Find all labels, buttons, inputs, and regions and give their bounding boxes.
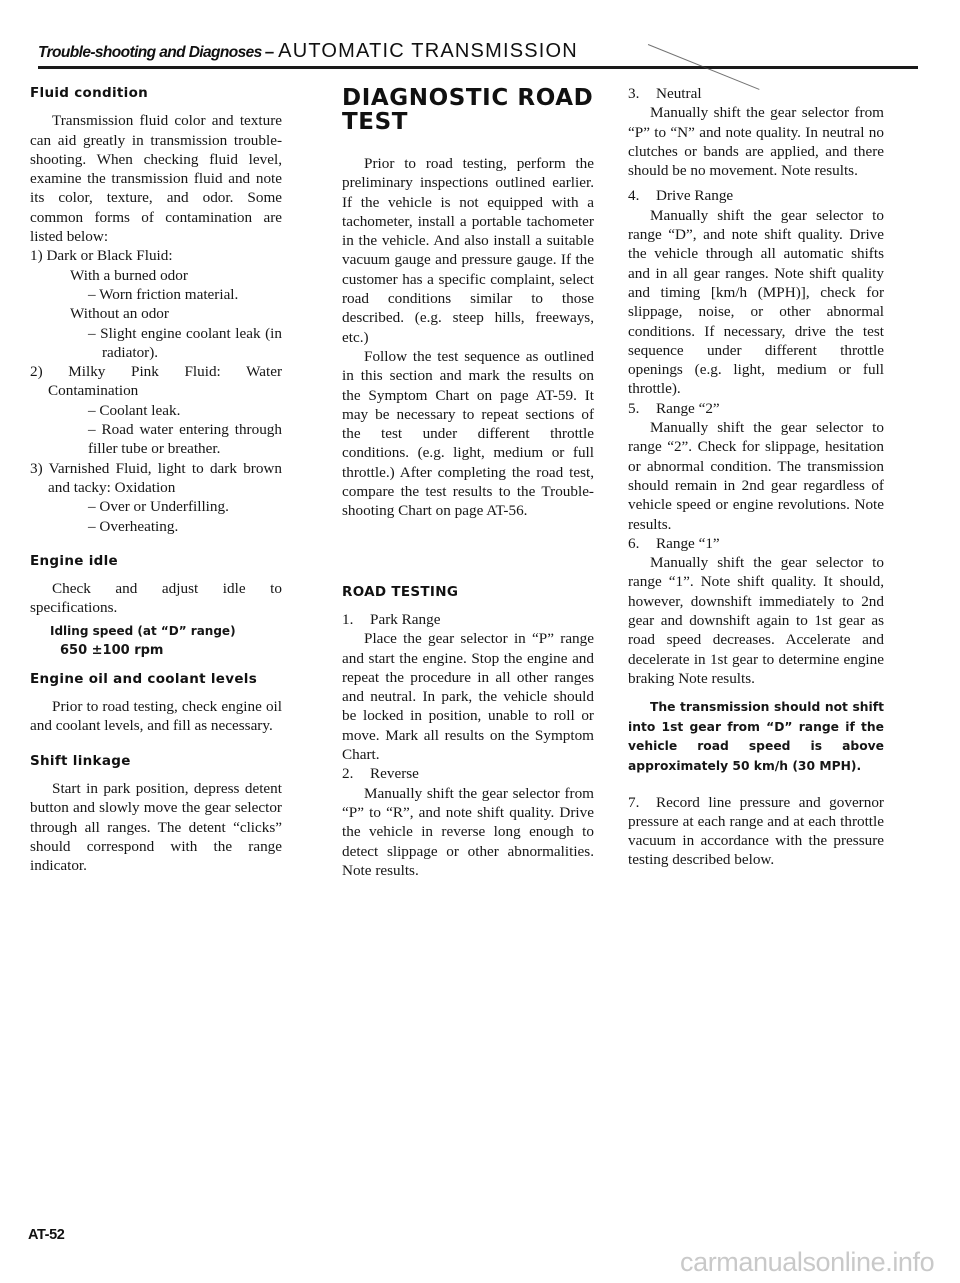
header-subtitle: Trouble-shooting and Diagnoses bbox=[38, 44, 262, 61]
heading-road-testing: ROAD TESTING bbox=[342, 583, 594, 602]
fluid-item-2-cause-1: – Coolant leak. bbox=[30, 401, 282, 420]
step-6-label: Range “1” bbox=[656, 535, 720, 552]
column-left: Fluid condition Transmission fluid color… bbox=[30, 84, 282, 875]
step-7-number: 7. bbox=[628, 793, 656, 812]
shift-linkage-text: Start in park position, depress detent b… bbox=[30, 779, 282, 875]
manual-page: Trouble-shooting and Diagnoses–AUTOMATIC… bbox=[0, 0, 960, 1283]
heading-diagnostic-road-test: DIAGNOSTIC ROAD TEST bbox=[342, 86, 594, 134]
step-2-number: 2. bbox=[342, 764, 370, 783]
idle-spec-value: 650 ±100 rpm bbox=[30, 641, 282, 660]
step-4-text: Manually shift the gear selector to rang… bbox=[628, 206, 884, 399]
step-2-title: 2.Reverse bbox=[342, 764, 594, 783]
step-3-label: Neutral bbox=[656, 85, 702, 102]
fluid-item-1-sub-2-cause: – Slight engine coolant leak (in radiato… bbox=[30, 324, 282, 363]
fluid-item-3-cause-2: – Overheating. bbox=[30, 517, 282, 536]
column-middle: DIAGNOSTIC ROAD TEST Prior to road testi… bbox=[342, 86, 594, 880]
diagnostic-para-2: Follow the test sequence as outlined in … bbox=[342, 347, 594, 521]
step-3-text: Manually shift the gear selector from “P… bbox=[628, 103, 884, 180]
step-4-label: Drive Range bbox=[656, 187, 733, 204]
idle-spec-label: Idling speed (at “D” range) bbox=[30, 622, 282, 641]
step-1-label: Park Range bbox=[370, 611, 440, 628]
fluid-item-1-sub-2: Without an odor bbox=[30, 304, 282, 323]
heading-engine-idle: Engine idle bbox=[30, 552, 282, 571]
step-6-title: 6.Range “1” bbox=[628, 534, 884, 553]
heading-shift-linkage: Shift linkage bbox=[30, 752, 282, 771]
header-title: AUTOMATIC TRANSMISSION bbox=[278, 40, 578, 62]
heading-engine-oil-coolant: Engine oil and coolant levels bbox=[30, 670, 282, 689]
watermark: carmanualsonline.info bbox=[680, 1247, 934, 1278]
fluid-item-3: 3) Varnished Fluid, light to dark brown … bbox=[30, 459, 282, 498]
step-5-label: Range “2” bbox=[656, 400, 720, 417]
engine-oil-text: Prior to road testing, check engine oil … bbox=[30, 697, 282, 736]
engine-idle-text: Check and adjust idle to specifications. bbox=[30, 579, 282, 618]
diagnostic-para-1: Prior to road testing, perform the preli… bbox=[342, 154, 594, 347]
fluid-item-1-sub-1-cause: – Worn friction material. bbox=[30, 285, 282, 304]
step-3-number: 3. bbox=[628, 84, 656, 103]
step-5-title: 5.Range “2” bbox=[628, 399, 884, 418]
heading-fluid-condition: Fluid condition bbox=[30, 84, 282, 103]
header-rule bbox=[38, 66, 918, 69]
heading-line-2: TEST bbox=[342, 110, 594, 134]
fluid-item-2: 2) Milky Pink Fluid: Water Contamination bbox=[30, 362, 282, 401]
fluid-item-1: 1) Dark or Black Fluid: bbox=[30, 246, 282, 265]
page-header: Trouble-shooting and Diagnoses–AUTOMATIC… bbox=[38, 40, 918, 64]
header-dash: – bbox=[265, 42, 274, 61]
step-2-text: Manually shift the gear selector from “P… bbox=[342, 784, 594, 880]
step-6-number: 6. bbox=[628, 534, 656, 553]
fluid-condition-intro: Transmission fluid color and texture can… bbox=[30, 111, 282, 246]
fluid-item-3-cause-1: – Over or Underfilling. bbox=[30, 497, 282, 516]
step-6-text: Manually shift the gear selector to rang… bbox=[628, 553, 884, 688]
step-1-title: 1.Park Range bbox=[342, 610, 594, 629]
step-5-number: 5. bbox=[628, 399, 656, 418]
caution-note: The transmission should not shift into 1… bbox=[628, 698, 884, 776]
step-7: 7.Record line pressure and governor pres… bbox=[628, 793, 884, 870]
step-1-number: 1. bbox=[342, 610, 370, 629]
step-7-text: Record line pressure and governor pressu… bbox=[628, 794, 884, 869]
fluid-item-2-cause-2: – Road water entering through filler tub… bbox=[30, 420, 282, 459]
step-4-number: 4. bbox=[628, 186, 656, 205]
column-right: 3.Neutral Manually shift the gear select… bbox=[628, 84, 884, 870]
fluid-item-1-sub-1: With a burned odor bbox=[30, 266, 282, 285]
step-2-label: Reverse bbox=[370, 765, 419, 782]
heading-line-1: DIAGNOSTIC ROAD bbox=[342, 86, 594, 110]
step-4-title: 4.Drive Range bbox=[628, 186, 884, 205]
step-1-text: Place the gear selector in “P” range and… bbox=[342, 629, 594, 764]
page-number: AT-52 bbox=[28, 1227, 64, 1243]
step-5-text: Manually shift the gear selector to rang… bbox=[628, 418, 884, 534]
step-3-title: 3.Neutral bbox=[628, 84, 884, 103]
